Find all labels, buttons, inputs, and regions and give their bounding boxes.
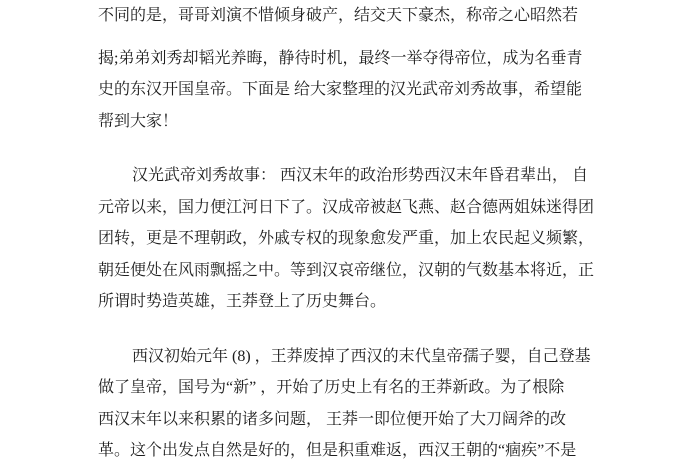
text-line: 不同的是，哥哥刘演不惜倾身破产，结交天下豪杰，称帝之心昭然若 — [98, 0, 610, 32]
text-line: 西汉末年以来积累的诸多问题， 王莽一即位便开始了大刀阔斧的改 — [98, 404, 610, 436]
text-line: 汉光武帝刘秀故事： 西汉末年的政治形势西汉末年昏君辈出， 自 — [98, 160, 610, 192]
paragraph-story-background: 汉光武帝刘秀故事： 西汉末年的政治形势西汉末年昏君辈出， 自元帝以来，国力便江河… — [98, 160, 610, 318]
text-line: 做了皇帝，国号为“新” ，开始了历史上有名的王莽新政。为了根除 — [98, 372, 610, 404]
paragraph-intro-continuation: 不同的是，哥哥刘演不惜倾身破产，结交天下豪杰，称帝之心昭然若揭;弟弟刘秀却韬光养… — [98, 0, 610, 137]
document-page: 不同的是，哥哥刘演不惜倾身破产，结交天下豪杰，称帝之心昭然若揭;弟弟刘秀却韬光养… — [0, 0, 700, 470]
text-line: 革。这个出发点自然是好的，但是积重难返，西汉王朝的“痼疾”不是 — [98, 435, 610, 467]
paragraph-wangmang-new-dynasty: 西汉初始元年 (8) ，王莽废掉了西汉的末代皇帝孺子婴，自己登基做了皇帝，国号为… — [98, 341, 610, 467]
text-line: 西汉初始元年 (8) ，王莽废掉了西汉的末代皇帝孺子婴，自己登基 — [98, 341, 610, 373]
text-line: 所谓时势造英雄，王莽登上了历史舞台。 — [98, 286, 610, 318]
text-line: 团转，更是不理朝政，外戚专权的现象愈发严重，加上农民起义频繁， — [98, 223, 610, 255]
text-line: 史的东汉开国皇帝。下面是 给大家整理的汉光武帝刘秀故事，希望能 — [98, 74, 610, 106]
text-line: 元帝以来，国力便江河日下了。汉成帝被赵飞燕、赵合德两姐妹迷得团 — [98, 192, 610, 224]
text-line: 帮到大家！ — [98, 106, 610, 138]
text-line: 朝廷便处在风雨飘摇之中。等到汉哀帝继位，汉朝的气数基本将近，正 — [98, 255, 610, 287]
text-line: 揭;弟弟刘秀却韬光养晦，静待时机，最终一举夺得帝位，成为名垂青 — [98, 43, 610, 75]
